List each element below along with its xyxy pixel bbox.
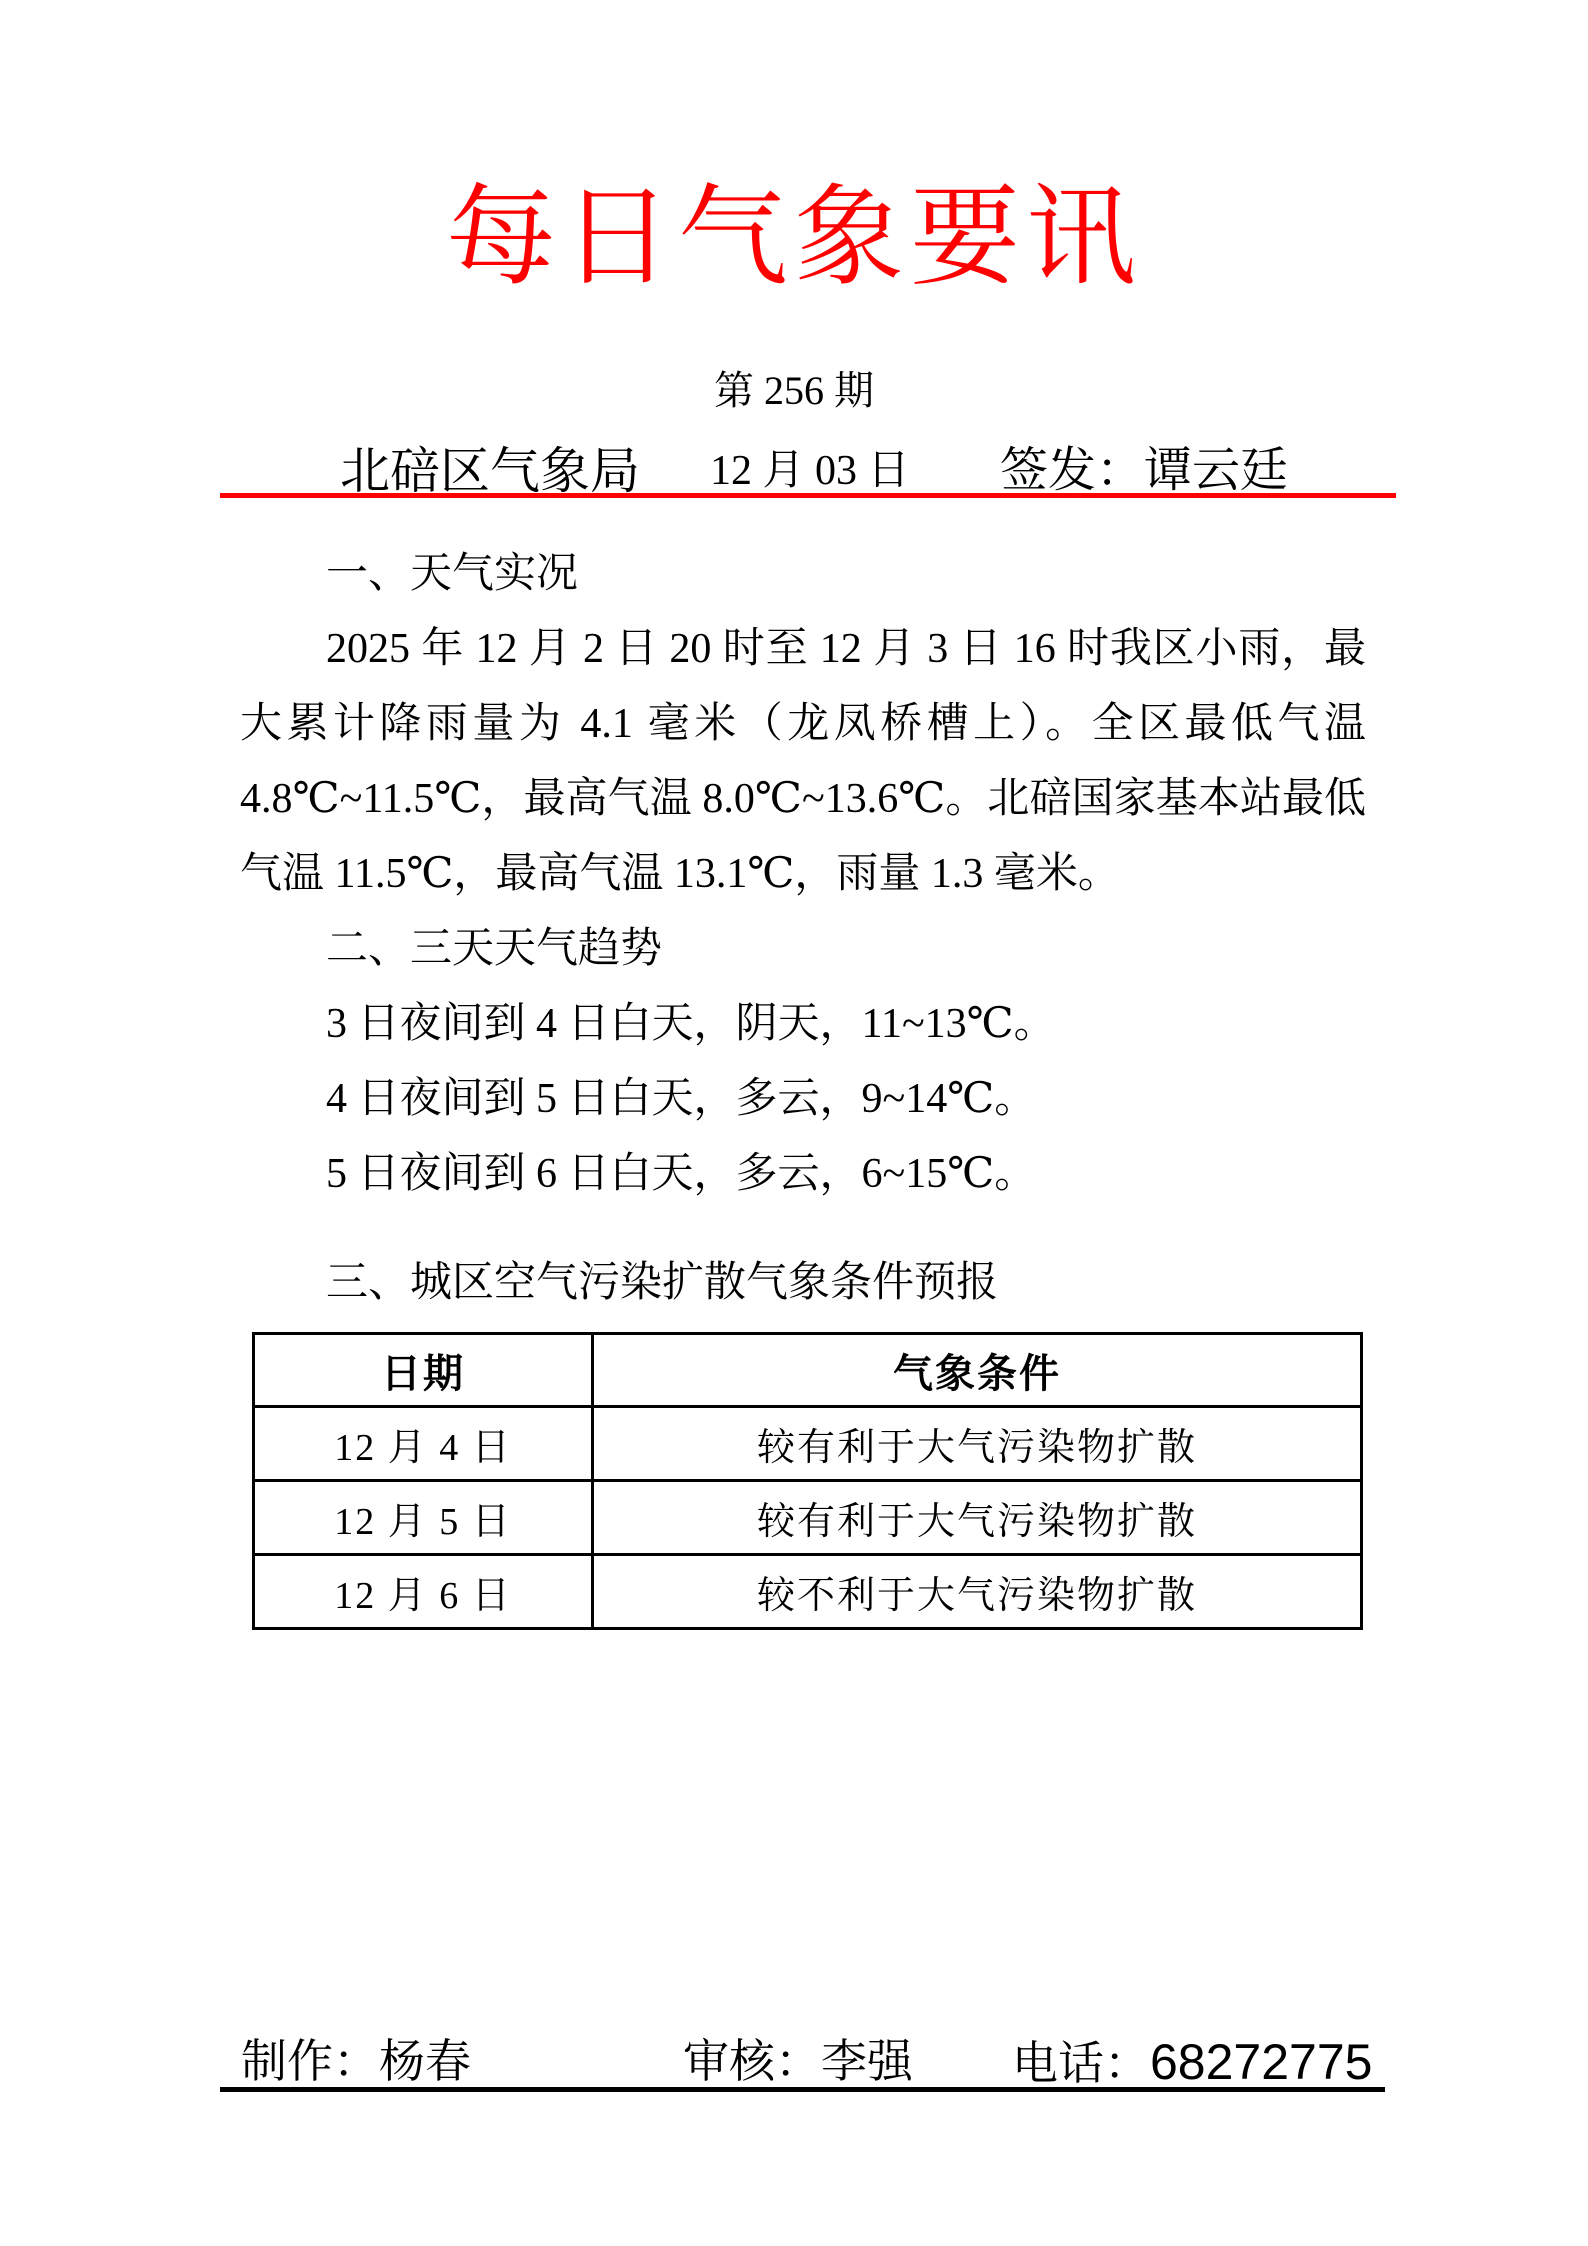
section3-heading: 三、城区空气污染扩散气象条件预报 [240, 1246, 1366, 1321]
table-cell-date: 12 月 4 日 [254, 1407, 593, 1481]
air-pollution-forecast-table: 日期 气象条件 12 月 4 日 较有利于大气污染物扩散 12 月 5 日 较有… [252, 1332, 1363, 1630]
document-body: 一、天气实况 2025 年 12 月 2 日 20 时至 12 月 3 日 16… [240, 537, 1366, 1321]
table-cell-condition: 较不利于大气污染物扩散 [593, 1555, 1362, 1629]
forecast-line-day2: 4 日夜间到 5 日白天，多云，9~14℃。 [240, 1062, 1366, 1137]
document-title: 每日气象要讯 [0, 182, 1588, 294]
forecast-line-day1: 3 日夜间到 4 日白天，阴天，11~13℃。 [240, 987, 1366, 1062]
section1-heading: 一、天气实况 [240, 537, 1366, 612]
footer-producer: 制作：杨春 [241, 2036, 471, 2088]
footer-phone-label: 电话： [1012, 2038, 1150, 2089]
footer-row: 制作：杨春 审核：李强 电话：68272775 [0, 2036, 1588, 2088]
masthead-divider-rule [220, 493, 1396, 498]
issuer-signature: 签发：谭云廷 [1000, 446, 1288, 496]
issue-date: 12 月 03 日 [710, 446, 910, 496]
section2-heading: 二、三天天气趋势 [240, 912, 1366, 987]
table-cell-condition: 较有利于大气污染物扩散 [593, 1407, 1362, 1481]
table-row: 12 月 6 日 较不利于大气污染物扩散 [254, 1555, 1362, 1629]
agency-name: 北碚区气象局 [340, 446, 640, 496]
table-row: 12 月 4 日 较有利于大气污染物扩散 [254, 1407, 1362, 1481]
footer-divider-rule [220, 2087, 1385, 2092]
table-header-date: 日期 [254, 1334, 593, 1407]
bulletin-page: 每日气象要讯 第 256 期 北碚区气象局 12 月 03 日 签发：谭云廷 一… [0, 0, 1588, 2246]
masthead-row: 北碚区气象局 12 月 03 日 签发：谭云廷 [0, 446, 1588, 496]
table-cell-condition: 较有利于大气污染物扩散 [593, 1481, 1362, 1555]
issue-number: 第 256 期 [0, 368, 1588, 414]
footer-phone: 电话：68272775 [1012, 2036, 1372, 2090]
table-header-row: 日期 气象条件 [254, 1334, 1362, 1407]
table-cell-date: 12 月 6 日 [254, 1555, 593, 1629]
forecast-line-day3: 5 日夜间到 6 日白天，多云，6~15℃。 [240, 1137, 1366, 1212]
table-header-condition: 气象条件 [593, 1334, 1362, 1407]
section1-paragraph: 2025 年 12 月 2 日 20 时至 12 月 3 日 16 时我区小雨，… [240, 612, 1366, 912]
footer-phone-number: 68272775 [1150, 2034, 1372, 2090]
table-cell-date: 12 月 5 日 [254, 1481, 593, 1555]
table-row: 12 月 5 日 较有利于大气污染物扩散 [254, 1481, 1362, 1555]
footer-reviewer: 审核：李强 [683, 2036, 913, 2088]
